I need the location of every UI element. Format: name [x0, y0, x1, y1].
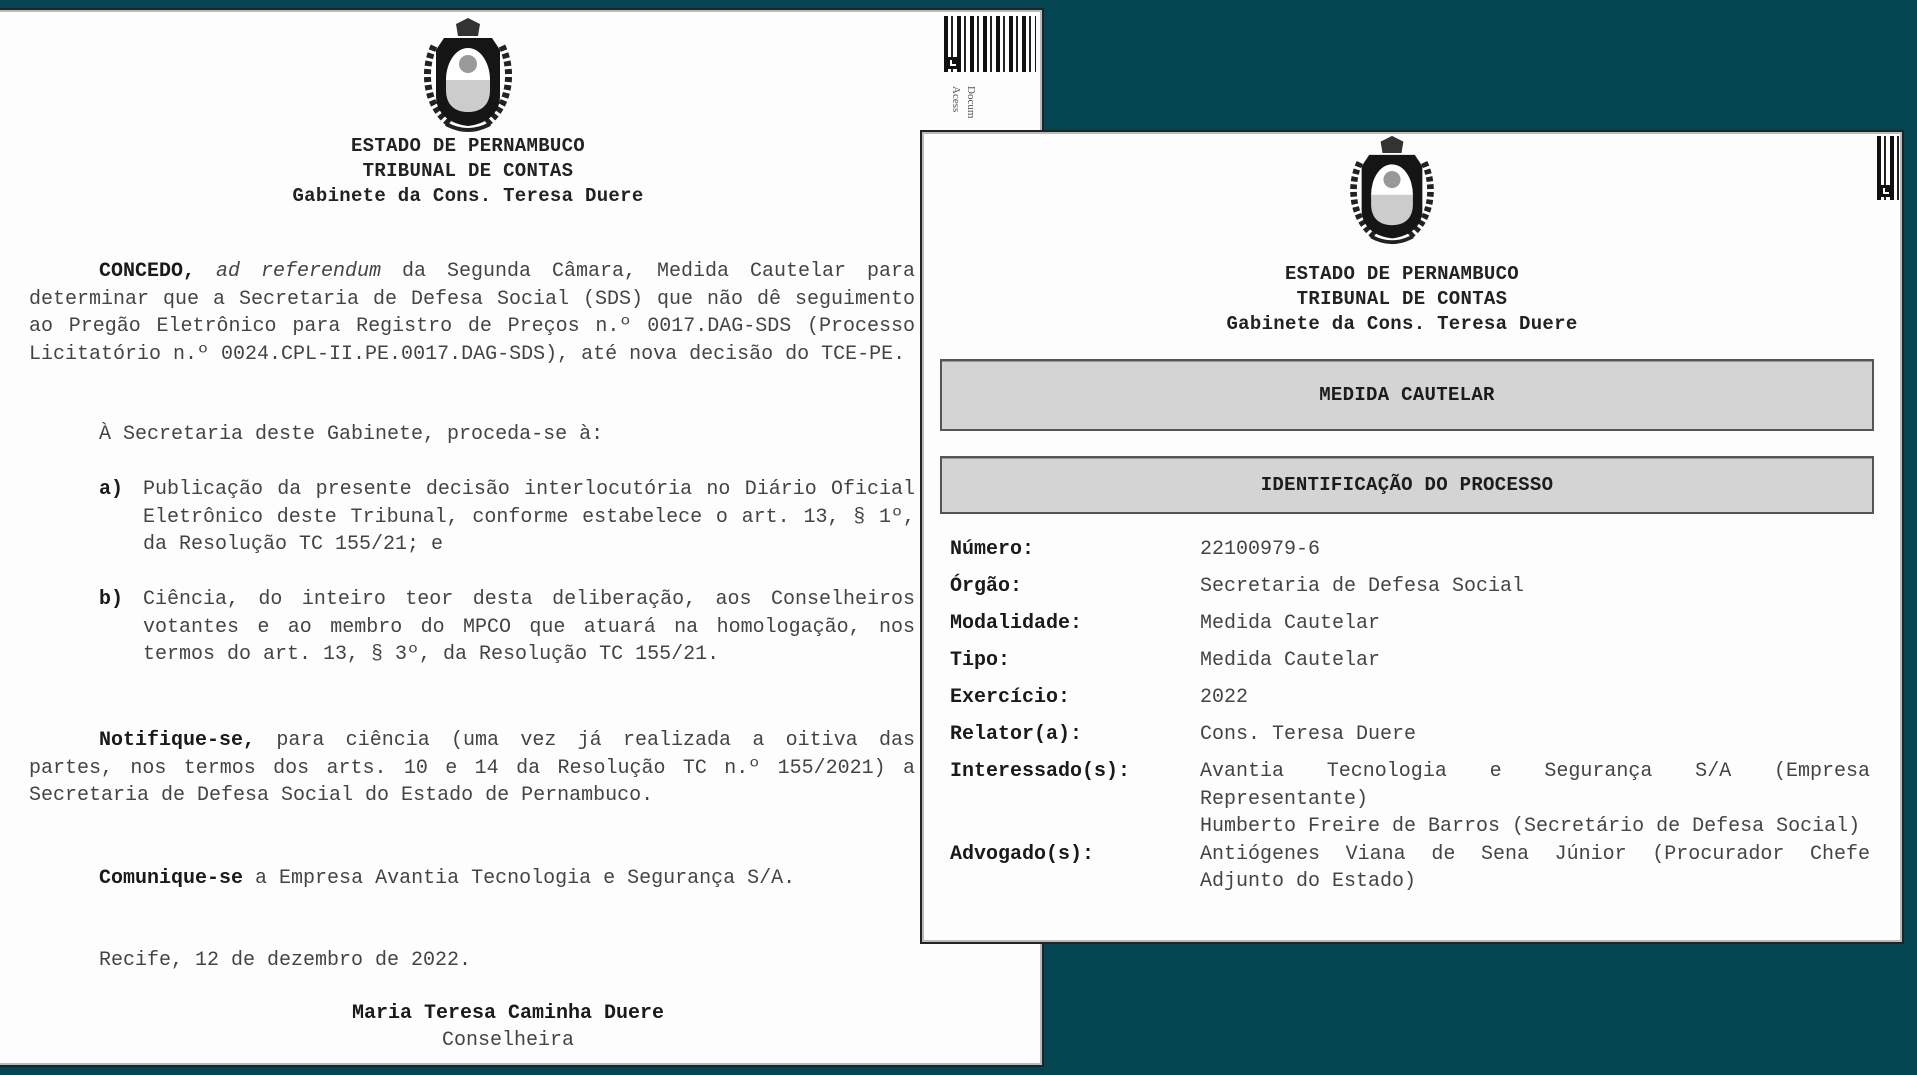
- field-value-line: Avantia Tecnologia e Segurança S/A (Empr…: [1200, 758, 1870, 813]
- concedo-italic: ad referendum: [216, 260, 381, 283]
- field-row: Tipo:Medida Cautelar: [950, 647, 1870, 675]
- document-header: ESTADO DE PERNAMBUCO TRIBUNAL DE CONTAS …: [922, 262, 1882, 337]
- coat-of-arms-icon: [416, 16, 520, 134]
- field-label: Número:: [950, 536, 1200, 564]
- section-box: IDENTIFICAÇÃO DO PROCESSO: [940, 456, 1874, 514]
- field-value: Antiógenes Viana de Sena Júnior (Procura…: [1200, 841, 1870, 896]
- list-item-a: a) Publicação da presente decisão interl…: [99, 476, 915, 559]
- field-value: Avantia Tecnologia e Segurança S/A (Empr…: [1200, 758, 1870, 841]
- field-value: Medida Cautelar: [1200, 610, 1870, 638]
- field-row: Modalidade:Medida Cautelar: [950, 610, 1870, 638]
- header-tribunal: TRIBUNAL DE CONTAS: [0, 159, 938, 184]
- field-row: Relator(a):Cons. Teresa Duere: [950, 721, 1870, 749]
- field-value-line: Secretaria de Defesa Social: [1200, 573, 1870, 601]
- field-row: Órgão:Secretaria de Defesa Social: [950, 573, 1870, 601]
- paragraph-secretaria: À Secretaria deste Gabinete, proceda-se …: [29, 421, 915, 449]
- field-value-line: Antiógenes Viana de Sena Júnior (Procura…: [1200, 841, 1870, 896]
- field-value-line: Humberto Freire de Barros (Secretário de…: [1200, 813, 1870, 841]
- header-tribunal: TRIBUNAL DE CONTAS: [922, 287, 1882, 312]
- field-row: Advogado(s):Antiógenes Viana de Sena Jún…: [950, 841, 1870, 896]
- field-row: Número:22100979-6: [950, 536, 1870, 564]
- header-state: ESTADO DE PERNAMBUCO: [0, 134, 938, 159]
- field-value-line: Medida Cautelar: [1200, 647, 1870, 675]
- field-value-line: 2022: [1200, 684, 1870, 712]
- list-item-text: Publicação da presente decisão interlocu…: [143, 476, 915, 559]
- field-value: Cons. Teresa Duere: [1200, 721, 1870, 749]
- list-marker: b): [99, 586, 123, 614]
- field-label: Exercício:: [950, 684, 1200, 712]
- field-value: 22100979-6: [1200, 536, 1870, 564]
- title-box-label: MEDIDA CAUTELAR: [1319, 384, 1495, 406]
- field-label: Interessado(s):: [950, 758, 1200, 841]
- paragraph-concedo: CONCEDO, ad referendum da Segunda Câmara…: [29, 258, 915, 368]
- field-label: Relator(a):: [950, 721, 1200, 749]
- notifique-bold: Notifique-se,: [99, 729, 255, 752]
- concedo-bold: CONCEDO,: [99, 260, 195, 283]
- side-stamp-line2: Acess: [950, 86, 962, 112]
- section-box-label: IDENTIFICAÇÃO DO PROCESSO: [1261, 474, 1554, 496]
- field-label: Órgão:: [950, 573, 1200, 601]
- header-office: Gabinete da Cons. Teresa Duere: [0, 184, 938, 209]
- field-value-line: 22100979-6: [1200, 536, 1870, 564]
- paragraph-comunique: Comunique-se a Empresa Avantia Tecnologi…: [29, 865, 915, 893]
- list-marker: a): [99, 476, 123, 504]
- list-item-b: b) Ciência, do inteiro teor desta delibe…: [99, 586, 915, 669]
- decision-document: ESTADO DE PERNAMBUCO TRIBUNAL DE CONTAS …: [0, 8, 1044, 1067]
- coat-of-arms-icon: [1342, 134, 1442, 246]
- field-value: Secretaria de Defesa Social: [1200, 573, 1870, 601]
- header-state: ESTADO DE PERNAMBUCO: [922, 262, 1882, 287]
- document-header: ESTADO DE PERNAMBUCO TRIBUNAL DE CONTAS …: [0, 134, 938, 209]
- field-row: Interessado(s):Avantia Tecnologia e Segu…: [950, 758, 1870, 841]
- list-item-text: Ciência, do inteiro teor desta deliberaç…: [143, 586, 915, 669]
- paragraph-notifique: Notifique-se, para ciência (uma vez já r…: [29, 727, 915, 810]
- side-stamp-line1: Docum: [965, 86, 977, 118]
- comunique-bold: Comunique-se: [99, 867, 243, 890]
- field-label: Tipo:: [950, 647, 1200, 675]
- field-label: Modalidade:: [950, 610, 1200, 638]
- field-row: Exercício:2022: [950, 684, 1870, 712]
- signature-title: Conselheira: [178, 1027, 838, 1054]
- title-box: MEDIDA CAUTELAR: [940, 359, 1874, 431]
- qr-code-icon: [944, 16, 1036, 72]
- field-value-line: Medida Cautelar: [1200, 610, 1870, 638]
- signature-name: Maria Teresa Caminha Duere: [178, 1000, 838, 1027]
- comunique-text: a Empresa Avantia Tecnologia e Segurança…: [255, 867, 795, 890]
- signature-block: Maria Teresa Caminha Duere Conselheira: [178, 1000, 838, 1054]
- field-value: 2022: [1200, 684, 1870, 712]
- document-date: Recife, 12 de dezembro de 2022.: [29, 947, 915, 975]
- qr-code-icon: [1877, 136, 1899, 200]
- header-office: Gabinete da Cons. Teresa Duere: [922, 312, 1882, 337]
- field-value: Medida Cautelar: [1200, 647, 1870, 675]
- field-label: Advogado(s):: [950, 841, 1200, 896]
- process-identification-document: ESTADO DE PERNAMBUCO TRIBUNAL DE CONTAS …: [920, 130, 1904, 944]
- identification-table: Número:22100979-6Órgão:Secretaria de Def…: [950, 536, 1870, 896]
- field-value-line: Cons. Teresa Duere: [1200, 721, 1870, 749]
